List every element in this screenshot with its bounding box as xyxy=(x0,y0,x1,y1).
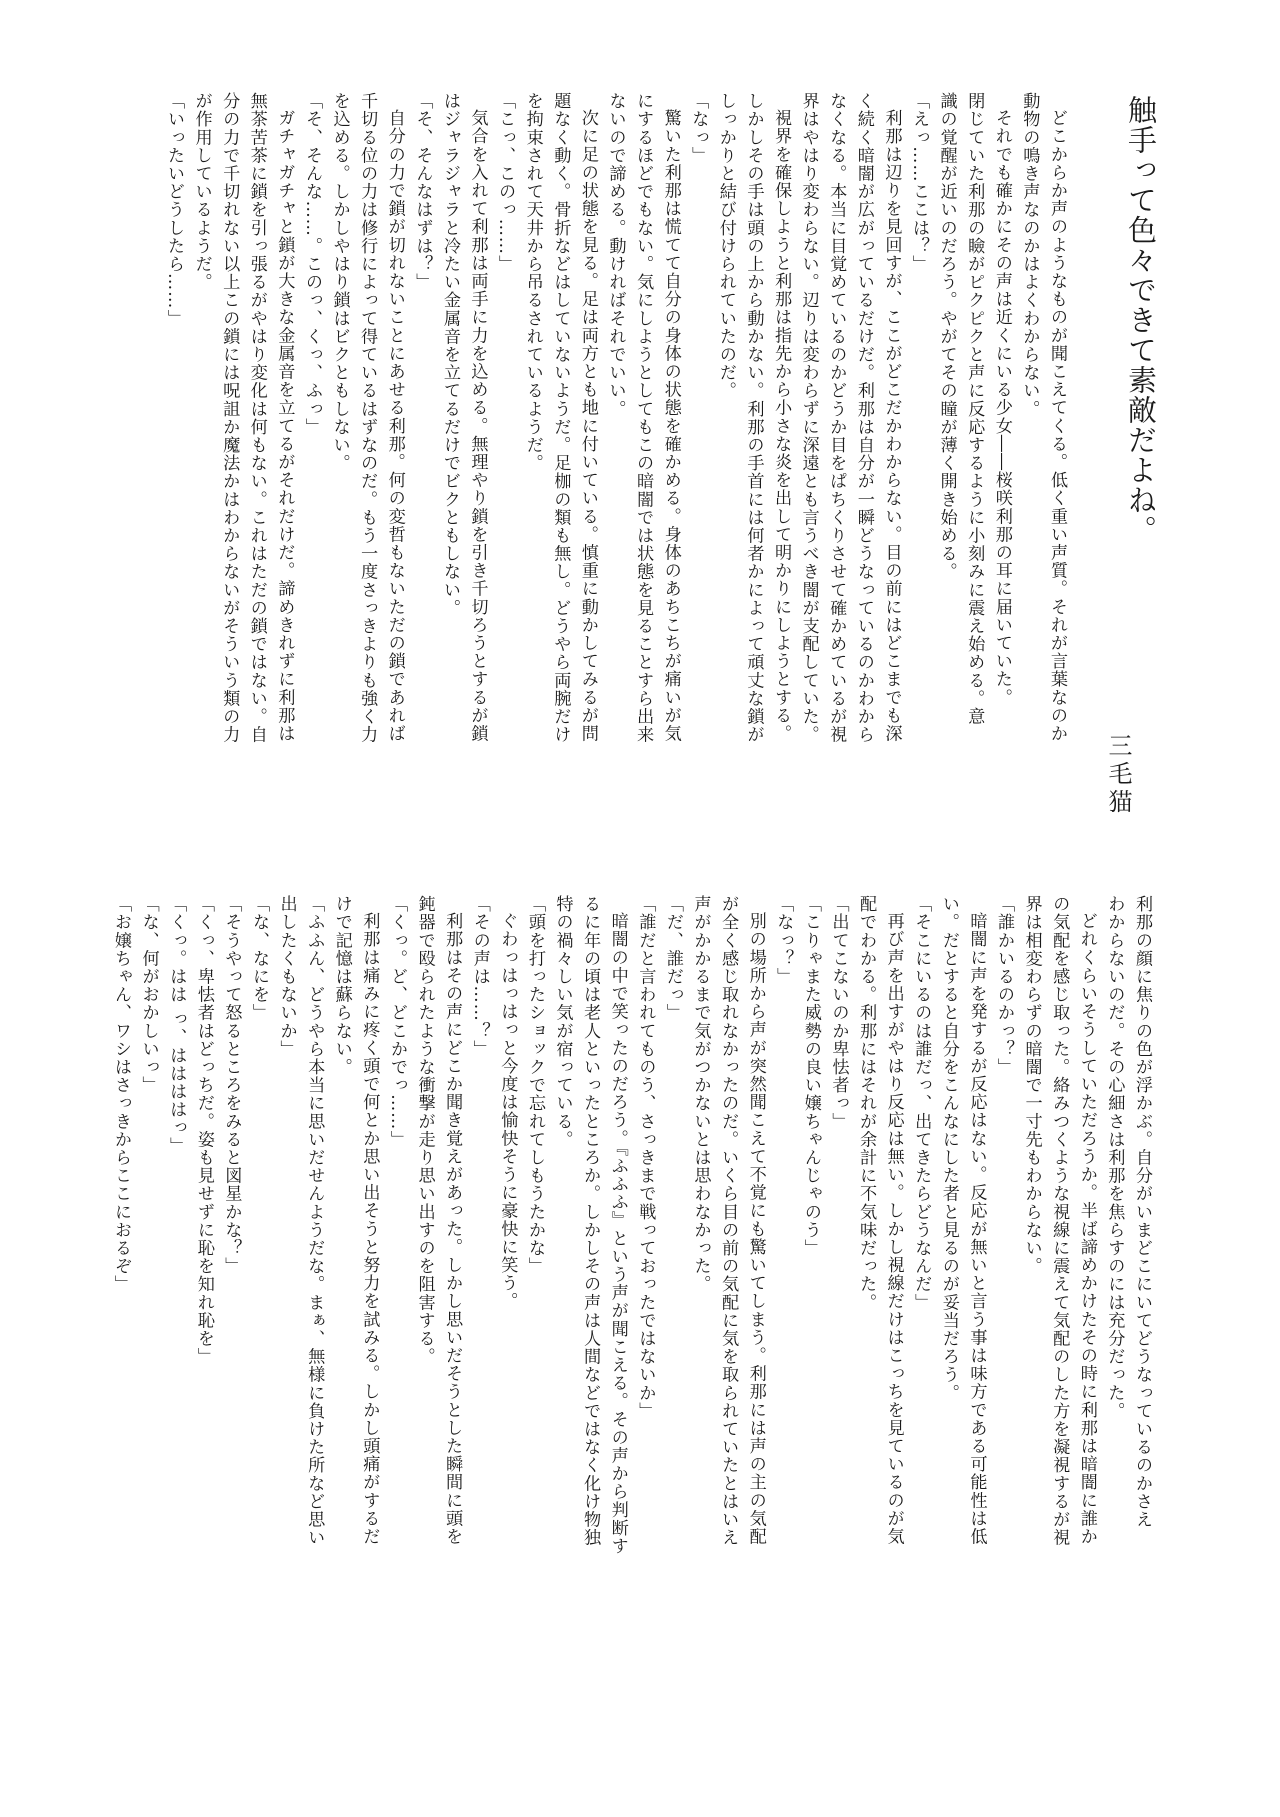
text-line: を拘束されて天井から吊るされているようだ。 xyxy=(518,92,546,862)
text-line: 無茶苦茶に鎖を引っ張るがやはり変化は何もない。これはただの鎖ではない。自 xyxy=(242,92,270,862)
text-line: どこからか声のようなものが聞こえてくる。低く重い声質。それが言葉なのか xyxy=(1042,92,1070,862)
text-line: 利那の顔に焦りの色が浮かぶ。自分がいまどこにいてどうなっているのかさえ xyxy=(1127,895,1155,1665)
text-line: 自分の力で鎖が切れないことにあせる利那。何の変哲もないただの鎖であれば xyxy=(380,92,408,862)
text-line: 特の禍々しい気が宿っている。 xyxy=(548,895,576,1665)
text-line: 「そうやって怒るところをみると図星かな？」 xyxy=(217,895,245,1665)
text-line: の気配を感じ取った。絡みつくような視線に震えて気配のした方を凝視するが視 xyxy=(1045,895,1073,1665)
novel-page: 触手って色々できて素敵だよね。 三毛猫 どこからか声のようなものが聞こえてくる。… xyxy=(0,0,1280,1817)
text-line: 千切る位の力は修行によって得ているはずなのだ。もう一度さっきよりも強く力 xyxy=(353,92,381,862)
text-line: 鈍器で殴られたような衝撃が走り思い出すのを阻害する。 xyxy=(410,895,438,1665)
author-name: 三毛猫 xyxy=(1106,733,1130,817)
text-line: く続く暗闇が広がっているだけだ。利那は自分が一瞬どうなっているのかわから xyxy=(849,92,877,862)
text-line: 「こりゃまた威勢の良い嬢ちゃんじゃのう」 xyxy=(796,895,824,1665)
text-line: 暗闇の中で笑ったのだろう。『ふふふ』という声が聞こえる。その声から判断す xyxy=(603,895,631,1665)
text-line: 「お嬢ちゃん、ワシはさっきからここにおるぞ」 xyxy=(106,895,134,1665)
text-line: しかしその手は頭の上から動かない。利那の手首には何者かによって頑丈な鎖が xyxy=(739,92,767,862)
text-line: わからないのだ。その心細さは利那を焦らすのには充分だった。 xyxy=(1100,895,1128,1665)
text-line: 識の覚醒が近いのだろう。やがてその瞳が薄く開き始める。 xyxy=(932,92,960,862)
text-line: 分の力で千切れない以上この鎖には呪詛か魔法かはわからないがそういう類の力 xyxy=(215,92,243,862)
text-line: 「そ、そんなはずは？」 xyxy=(408,92,436,862)
text-line: 出したくもないか」 xyxy=(272,895,300,1665)
text-line: 「なっ」 xyxy=(684,92,712,862)
text-line: 「くっ。ど、どこかでっ……」 xyxy=(382,895,410,1665)
text-line: 「出てこないのか卑怯者っ」 xyxy=(824,895,852,1665)
text-line: 配でわかる。利那にはそれが余計に不気味だった。 xyxy=(851,895,879,1665)
text-line: 「くっ。はは っ、ははははっ」 xyxy=(162,895,190,1665)
text-line: ないので諦める。動ければそれでいい。 xyxy=(601,92,629,862)
text-line: 「そ、そんな……。このっ、くっ、ふっ」 xyxy=(297,92,325,862)
text-line: 視界を確保しようと利那は指先から小さな炎を出して明かりにしようとする。 xyxy=(766,92,794,862)
text-line: それでも確かにその声は近くにいる少女――桜咲利那の耳に届いていた。 xyxy=(987,92,1015,862)
text-line: 題なく動く。骨折などはしていないようだ。足枷の類も無し。どうやら両腕だけ xyxy=(546,92,574,862)
text-line: 「な、なにを」 xyxy=(244,895,272,1665)
text-line: 「そこにいるのは誰だっ、出てきたらどうなんだ」 xyxy=(907,895,935,1665)
text-line: 閉じていた利那の瞼がピクピクと声に反応するように小刻みに震え始める。意 xyxy=(960,92,988,862)
text-line: 再び声を出すがやはり反応は無い。しかし視線だけはこっちを見ているのが気 xyxy=(879,895,907,1665)
text-line: どれくらいそうしていただろうか。半ば諦めかけたその時に利那は暗闇に誰か xyxy=(1072,895,1100,1665)
text-line: が作用しているようだ。 xyxy=(187,92,215,862)
text-line: 「頭を打ったショックで忘れてしもうたかな」 xyxy=(520,895,548,1665)
text-line: 「だ、誰だっ」 xyxy=(658,895,686,1665)
text-line: なくなる。本当に目覚めているのかどうか目をぱちくりさせて確かめているが視 xyxy=(822,92,850,862)
text-line: 「えっ……ここは？」 xyxy=(904,92,932,862)
text-line: い。だとすると自分をこんなにした者と見るのが妥当だろう。 xyxy=(934,895,962,1665)
text-line: 気合を入れて利那は両手に力を込める。無理やり鎖を引き千切ろうとするが鎖 xyxy=(463,92,491,862)
text-line: 驚いた利那は慌てて自分の身体の状態を確かめる。身体のあちこちが痛いが気 xyxy=(656,92,684,862)
text-line: 「いったいどうしたら……」 xyxy=(159,92,187,862)
text-line: が全く感じ取れなかったのだ。いくら目の前の気配に気を取られていたとはいえ xyxy=(714,895,742,1665)
text-line: にするほどでもない。気にしようとしてもこの暗闇では状態を見ることすら出来 xyxy=(629,92,657,862)
text-block-bottom: 利那の顔に焦りの色が浮かぶ。自分がいまどこにいてどうなっているのかさえわからない… xyxy=(106,895,1155,1665)
text-line: 動物の鳴き声なのかはよくわからない。 xyxy=(1015,92,1043,862)
text-line: 「その声は……？」 xyxy=(465,895,493,1665)
text-line: 暗闇に声を発するが反応はない。反応が無いと言う事は味方である可能性は低 xyxy=(962,895,990,1665)
text-line: 「な、何がおかしいっ」 xyxy=(134,895,162,1665)
text-line: 次に足の状態を見る。足は両方とも地に付いている。慎重に動かしてみるが問 xyxy=(573,92,601,862)
text-line: 「ふふん、どうやら本当に思いだせんようだな。まぁ、無様に負けた所など思い xyxy=(300,895,328,1665)
text-line: ガチャガチャと鎖が大きな金属音を立てるがそれだけだ。諦めきれずに利那は xyxy=(270,92,298,862)
text-line: 界は相変わらずの暗闇で一寸先もわからない。 xyxy=(1017,895,1045,1665)
text-line: 別の場所から声が突然聞こえて不覚にも驚いてしまう。利那には声の主の気配 xyxy=(741,895,769,1665)
text-line: 界はやはり変わらない。辺りは変わらずに深遠とも言うべき闇が支配していた。 xyxy=(794,92,822,862)
text-line: 利那はその声にどこか聞き覚えがあった。しかし思いだそうとした瞬間に頭を xyxy=(438,895,466,1665)
text-line: 利那は辺りを見回すが、ここがどこだかわからない。目の前にはどこまでも深 xyxy=(877,92,905,862)
story-title: 触手って色々できて素敵だよね。 xyxy=(1126,95,1155,545)
text-block-top: どこからか声のようなものが聞こえてくる。低く重い声質。それが言葉なのか動物の鳴き… xyxy=(159,92,1070,862)
text-line: 「誰だと言われてものう、さっきまで戦っておったではないか」 xyxy=(631,895,659,1665)
text-line: ぐわっはっはっと今度は愉快そうに豪快に笑う。 xyxy=(493,895,521,1665)
text-line: けで記憶は蘇らない。 xyxy=(327,895,355,1665)
text-line: を込める。しかしやはり鎖はビクともしない。 xyxy=(325,92,353,862)
text-line: 「誰かいるのかっ？」 xyxy=(989,895,1017,1665)
text-line: 「なっ？」 xyxy=(769,895,797,1665)
text-line: るに年の頃は老人といったところか。しかしその声は人間などではなく化け物独 xyxy=(576,895,604,1665)
text-line: はジャラジャラと冷たい金属音を立てるだけでビクともしない。 xyxy=(435,92,463,862)
text-line: 「くっ、卑怯者はどっちだ。姿も見せずに恥を知れ恥を」 xyxy=(189,895,217,1665)
text-line: 声がかかるまで気がつかないとは思わなかった。 xyxy=(686,895,714,1665)
text-line: 利那は痛みに疼く頭で何とか思い出そうと努力を試みる。しかし頭痛がするだ xyxy=(355,895,383,1665)
text-line: 「こっ、このっ……」 xyxy=(491,92,519,862)
text-line: しっかりと結び付けられていたのだ。 xyxy=(711,92,739,862)
